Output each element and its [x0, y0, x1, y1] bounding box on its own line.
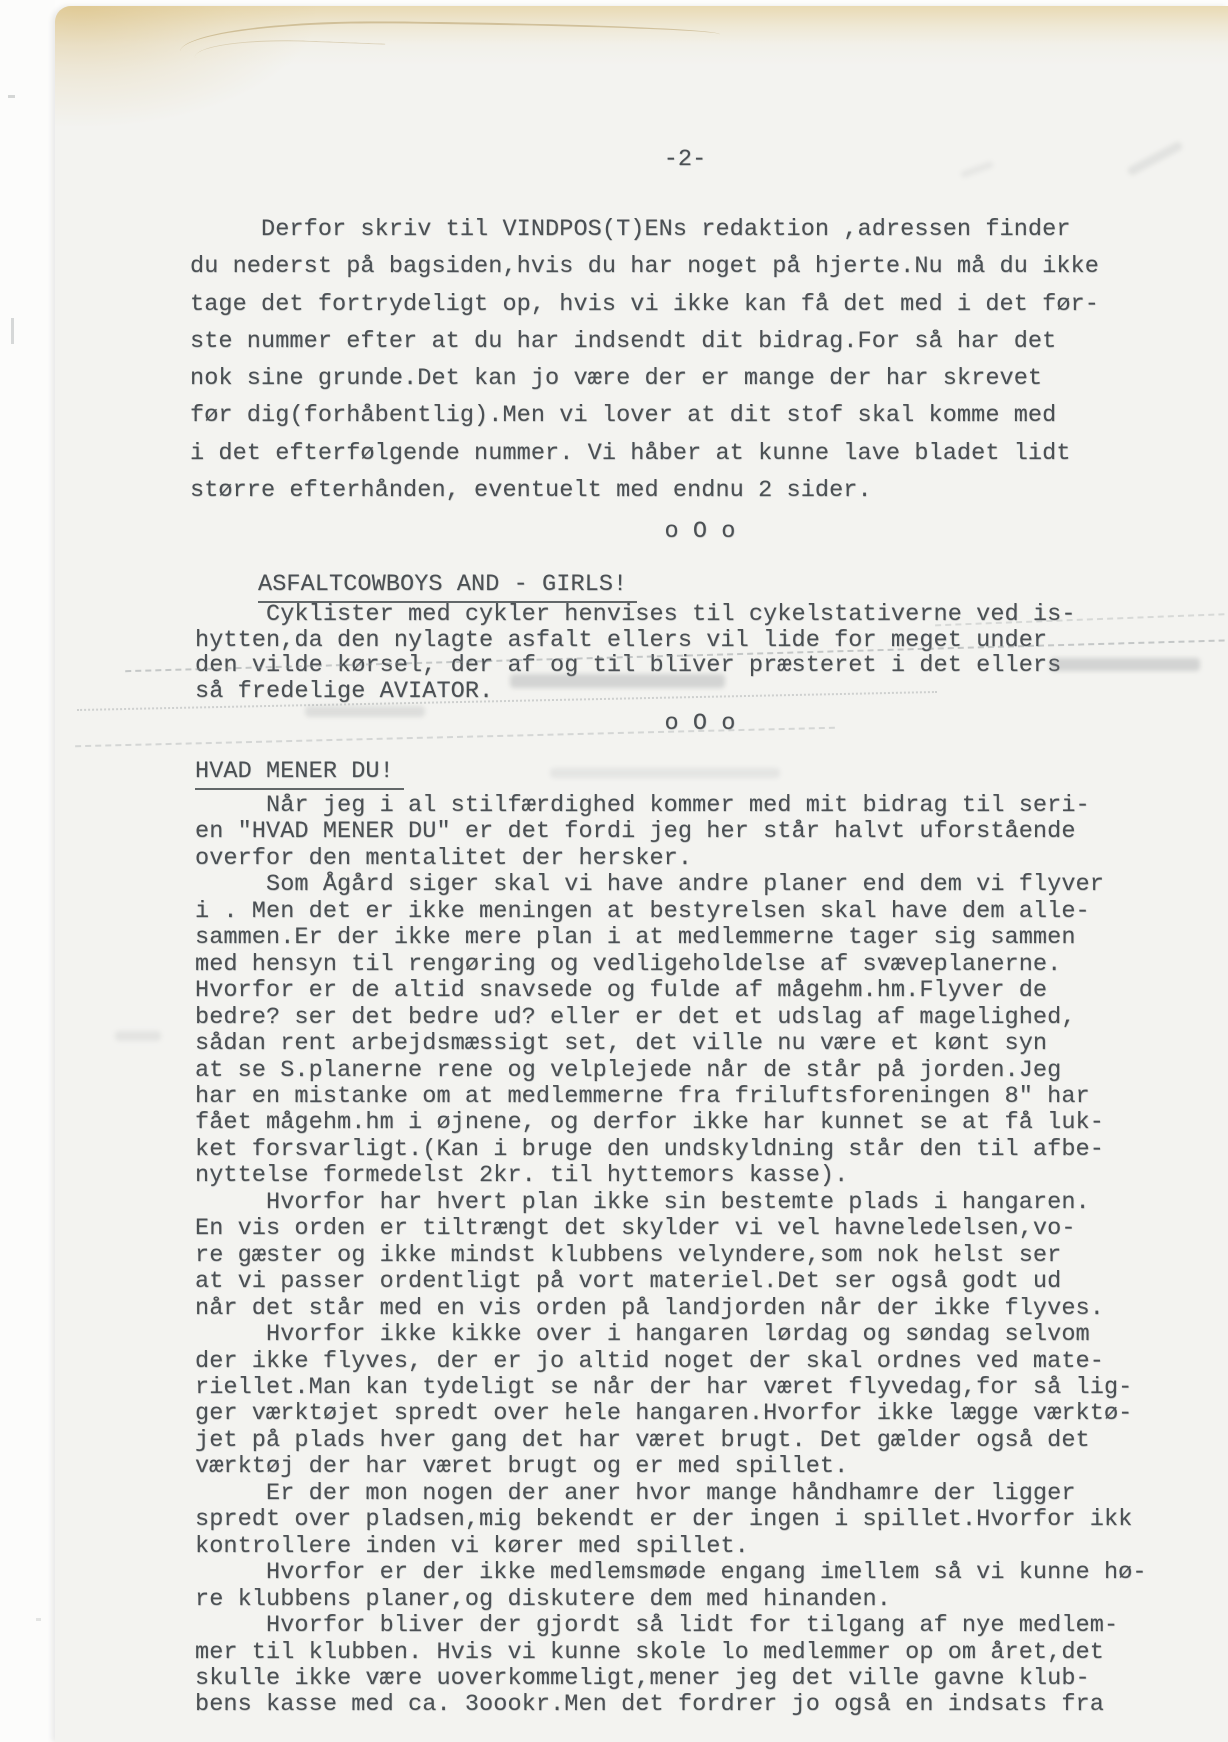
- text-line: re gæster og ikke mindst klubbens velynd…: [195, 1243, 1147, 1269]
- asfaltcowboys-paragraph: Cyklister med cykler henvises til cykels…: [195, 602, 1076, 705]
- text-line: sådan rent arbejdsmæssigt set, det ville…: [195, 1031, 1147, 1057]
- scan-ghost-text-smudge: [115, 1031, 161, 1041]
- text-line: bedre? ser det bedre ud? eller er det et…: [195, 1005, 1147, 1031]
- text-line: nyttelse formedelst 2kr. til hyttemors k…: [195, 1163, 1147, 1189]
- scan-artifact: [11, 318, 14, 344]
- text-line: riellet.Man kan tydeligt se når der har …: [195, 1375, 1147, 1401]
- text-line: kontrollere inden vi kører med spillet.: [195, 1534, 1147, 1560]
- text-line: spredt over pladsen,mig bekendt er der i…: [195, 1507, 1147, 1533]
- text-line: Derfor skriv til VINDPOS(T)ENs redaktion…: [190, 211, 1099, 248]
- text-line: hytten,da den nylagte asfalt ellers vil …: [195, 628, 1076, 654]
- section-heading-hvad-mener-du: HVAD MENER DU!: [195, 758, 404, 790]
- text-line: Er der mon nogen der aner hvor mange hån…: [195, 1481, 1147, 1507]
- hvad-mener-du-paragraphs: Når jeg i al stilfærdighed kommer med mi…: [195, 793, 1147, 1719]
- text-line: ger værktøjet spredt over hele hangaren.…: [195, 1401, 1147, 1427]
- text-line: i . Men det er ikke meningen at bestyrel…: [195, 899, 1147, 925]
- divider-ooo: o O o: [664, 518, 735, 545]
- paper-sheet: -2- Derfor skriv til VINDPOS(T)ENs redak…: [55, 6, 1228, 1742]
- scan-artifact: [36, 1618, 41, 1621]
- text-line: Når jeg i al stilfærdighed kommer med mi…: [195, 793, 1147, 819]
- scan-ghost-text-smudge: [550, 768, 780, 778]
- text-line: i det efterfølgende nummer. Vi håber at …: [190, 435, 1099, 472]
- section-hvad-mener-du: HVAD MENER DU!: [195, 758, 404, 790]
- intro-paragraph: Derfor skriv til VINDPOS(T)ENs redaktion…: [190, 211, 1099, 509]
- text-line: du nederst på bagsiden,hvis du har noget…: [190, 248, 1099, 285]
- text-line: En vis orden er tiltrængt det skylder vi…: [195, 1216, 1147, 1242]
- text-line: ket forsvarligt.(Kan i bruge den undskyl…: [195, 1137, 1147, 1163]
- scan-ghost-text-smudge: [960, 160, 994, 178]
- text-line: har en mistanke om at medlemmerne fra fr…: [195, 1084, 1147, 1110]
- divider-ooo: o O o: [664, 710, 735, 737]
- text-line: der ikke flyves, der er jo altid noget d…: [195, 1349, 1147, 1375]
- section-heading-asfaltcowboys: ASFALTCOWBOYS AND - GIRLS!: [258, 571, 637, 603]
- scan-ghost-text-smudge: [1050, 658, 1200, 671]
- scan-ghost-text-smudge: [305, 706, 425, 717]
- text-line: nok sine grunde.Det kan jo være der er m…: [190, 360, 1099, 397]
- text-line: Som Ågård siger skal vi have andre plane…: [195, 872, 1147, 898]
- text-line: bens kasse med ca. 3oookr.Men det fordre…: [195, 1692, 1147, 1718]
- text-line: mer til klubben. Hvis vi kunne skole lo …: [195, 1640, 1147, 1666]
- text-line: Hvorfor bliver der gjordt så lidt for ti…: [195, 1613, 1147, 1639]
- text-line: med hensyn til rengøring og vedligeholde…: [195, 952, 1147, 978]
- text-line: at se S.planerne rene og velplejede når …: [195, 1058, 1147, 1084]
- paper-corner-shade: [55, 6, 315, 126]
- text-line: re klubbens planer,og diskutere dem med …: [195, 1587, 1147, 1613]
- text-line: Hvorfor er der ikke medlemsmøde engang i…: [195, 1560, 1147, 1586]
- scan-ghost-text-smudge: [510, 674, 725, 688]
- text-line: overfor den mentalitet der hersker.: [195, 846, 1147, 872]
- page-number: -2-: [664, 146, 707, 173]
- text-line: fået mågehm.hm i øjnene, og derfor ikke …: [195, 1110, 1147, 1136]
- text-line: Hvorfor har hvert plan ikke sin bestemte…: [195, 1190, 1147, 1216]
- text-line: skulle ikke være uoverkommeligt,mener je…: [195, 1666, 1147, 1692]
- scan-ghost-text-smudge: [1126, 140, 1183, 176]
- text-line: Hvorfor er de altid snavsede og fulde af…: [195, 978, 1147, 1004]
- text-line: værktøj der har været brugt og er med sp…: [195, 1454, 1147, 1480]
- text-line: jet på plads hver gang det har været bru…: [195, 1428, 1147, 1454]
- text-line: når det står med en vis orden på landjor…: [195, 1296, 1147, 1322]
- text-line: at vi passer ordentligt på vort materiel…: [195, 1269, 1147, 1295]
- text-line: før dig(forhåbentlig).Men vi lover at di…: [190, 397, 1099, 434]
- text-line: sammen.Er der ikke mere plan i at medlem…: [195, 925, 1147, 951]
- scanner-background: [0, 0, 55, 1742]
- text-line: tage det fortrydeligt op, hvis vi ikke k…: [190, 286, 1099, 323]
- scan-artifact: [8, 95, 15, 98]
- text-line: ste nummer efter at du har indsendt dit …: [190, 323, 1099, 360]
- section-asfaltcowboys: ASFALTCOWBOYS AND - GIRLS!: [258, 571, 637, 603]
- text-line: større efterhånden, eventuelt med endnu …: [190, 472, 1099, 509]
- scanned-newsletter-page: { "document": { "page_number": "-2-", "d…: [0, 0, 1228, 1742]
- text-line: en "HVAD MENER DU" er det fordi jeg her …: [195, 819, 1147, 845]
- text-line: Hvorfor ikke kikke over i hangaren lørda…: [195, 1322, 1147, 1348]
